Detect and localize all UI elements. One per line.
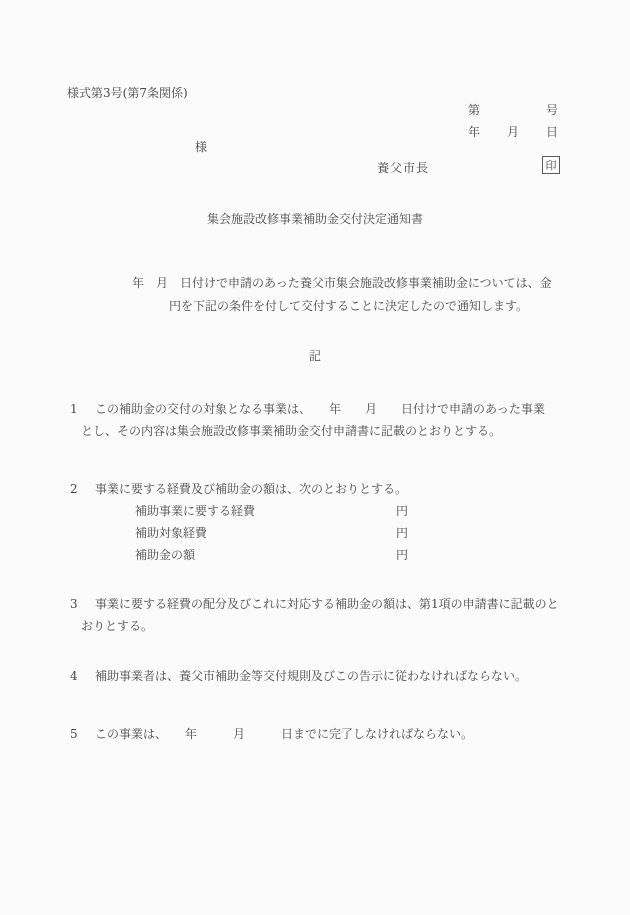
item1-line1: この補助金の交付の対象となる事業は、 年 月 日付けで申請のあった事業 <box>95 402 545 417</box>
item1-number: 1 <box>70 402 78 417</box>
fee-label: 補助対象経費 <box>135 526 207 541</box>
body-paragraph-line1: 年 月 日付けで申請のあった養父市集会施設改修事業補助金については、金 <box>132 276 552 291</box>
item3-line1: 事業に要する経費の配分及びこれに対応する補助金の額は、第1項の申請書に記載のと <box>95 597 559 612</box>
item3-line2: おりとする。 <box>81 619 153 634</box>
item2-number: 2 <box>70 482 78 497</box>
fee-label: 補助金の額 <box>135 548 195 563</box>
fee-unit-yen: 円 <box>396 504 408 519</box>
doc-no-prefix: 第 <box>468 103 480 118</box>
date-month-label: 月 <box>507 125 519 140</box>
item5-number: 5 <box>70 727 78 742</box>
fee-row-subsidy-amount: 補助金の額 円 <box>135 548 408 563</box>
item4-line1: 補助事業者は、養父市補助金等交付規則及びこの告示に従わなければならない。 <box>95 669 527 684</box>
document-number-line: 第 号 <box>468 103 558 118</box>
date-line: 年 月 日 <box>468 125 558 140</box>
fee-unit-yen: 円 <box>396 548 408 563</box>
fee-row-project-cost: 補助事業に要する経費 円 <box>135 504 408 519</box>
document-page: 様式第3号(第7条関係) 第 号 年 月 日 様 養父市長 印 集会施設改修事業… <box>0 0 630 915</box>
doc-no-suffix: 号 <box>546 103 558 118</box>
seal-icon: 印 <box>546 158 557 173</box>
addressee-honorific: 様 <box>195 140 207 155</box>
item5-line1: この事業は、 年 月 日までに完了しなければならない。 <box>95 727 473 742</box>
document-title: 集会施設改修事業補助金交付決定通知書 <box>0 212 630 227</box>
date-year-label: 年 <box>468 125 480 140</box>
fee-label: 補助事業に要する経費 <box>135 504 255 519</box>
seal-stamp-box: 印 <box>542 156 560 174</box>
sender-title: 養父市長 <box>377 161 429 176</box>
date-day-label: 日 <box>546 125 558 140</box>
form-number: 様式第3号(第7条関係) <box>67 86 188 101</box>
item1-line2: とし、その内容は集会施設改修事業補助金交付申請書に記載のとおりとする。 <box>81 424 501 439</box>
ki-marker: 記 <box>0 349 630 364</box>
item4-number: 4 <box>70 669 78 684</box>
body-paragraph-line2: 円を下記の条件を付して交付することに決定したので通知します。 <box>169 299 528 314</box>
fee-row-eligible-cost: 補助対象経費 円 <box>135 526 408 541</box>
fee-unit-yen: 円 <box>396 526 408 541</box>
item2-line1: 事業に要する経費及び補助金の額は、次のとおりとする。 <box>95 482 407 497</box>
item3-number: 3 <box>70 597 78 612</box>
